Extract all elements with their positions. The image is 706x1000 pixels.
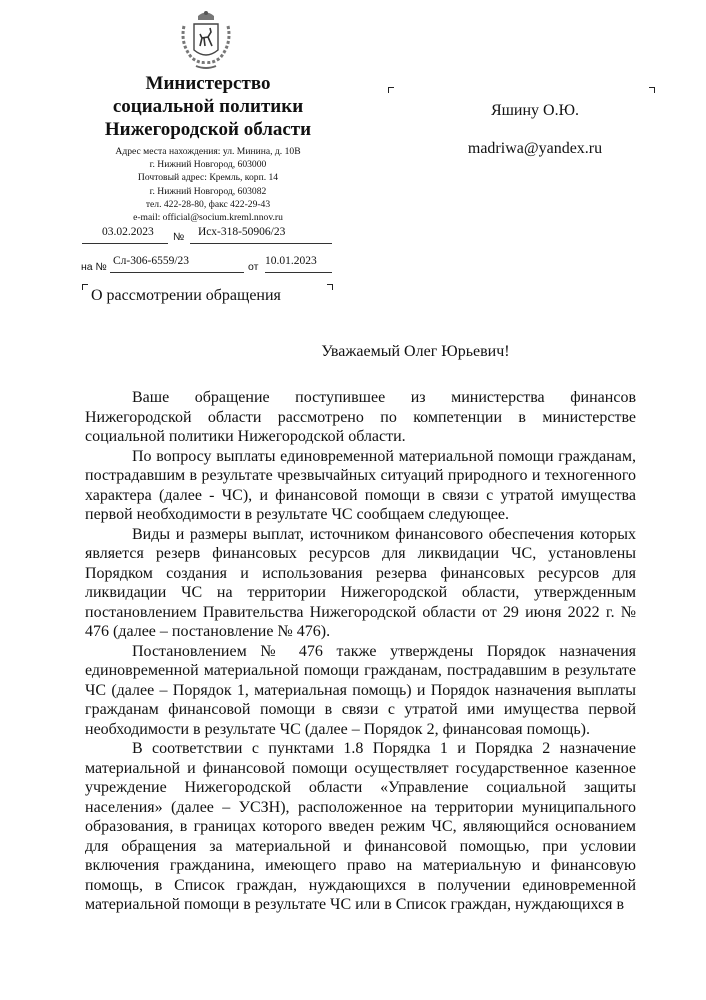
paragraph: Виды и размеры выплат, источником финанс… [85, 525, 636, 642]
subject-line: О рассмотрении обращения [91, 287, 281, 305]
letter-body: Ваше обращение поступившее из министерст… [85, 388, 636, 915]
paragraph: Ваше обращение поступившее из министерст… [85, 388, 636, 447]
paragraph: По вопросу выплаты единовременной матери… [85, 447, 636, 525]
address-line: Адрес места нахождения: ул. Минина, д. 1… [80, 145, 336, 158]
org-line: социальной политики [80, 95, 336, 118]
paragraph: Постановлением № 476 также утверждены По… [85, 642, 636, 740]
organization-address: Адрес места нахождения: ул. Минина, д. 1… [80, 145, 336, 224]
outgoing-date: 03.02.2023 [102, 226, 154, 238]
address-line: тел. 422-28-80, факс 422-29-43 [80, 198, 336, 211]
reply-date: 10.01.2023 [265, 255, 317, 267]
number-underline [190, 243, 332, 244]
reply-date-label: от [248, 261, 258, 273]
outgoing-number: Исх-318-50906/23 [198, 226, 285, 238]
reply-date-underline [265, 272, 332, 273]
recipient-name: Яшину О.Ю. [400, 92, 670, 130]
reply-number-underline [110, 272, 244, 273]
greeting: Уважаемый Олег Юрьевич! [0, 343, 706, 361]
number-label: № [173, 231, 184, 243]
address-line: г. Нижний Новгород, 603082 [80, 185, 336, 198]
reply-number-label: на № [81, 261, 107, 273]
organization-name: Министерство социальной политики Нижегор… [80, 72, 336, 141]
recipient-block: Яшину О.Ю. madriwa@yandex.ru [400, 92, 670, 168]
address-line: г. Нижний Новгород, 603000 [80, 158, 336, 171]
org-line: Министерство [80, 72, 336, 95]
subject-corner-left [82, 284, 88, 290]
reply-number: Сл-306-6559/23 [113, 255, 189, 267]
recipient-email: madriwa@yandex.ru [400, 130, 670, 168]
date-underline [82, 243, 168, 244]
recipient-corner-left [388, 87, 394, 93]
subject-corner-right [327, 284, 333, 290]
address-line: e-mail: official@socium.kreml.nnov.ru [80, 211, 336, 224]
org-line: Нижегородской области [80, 118, 336, 141]
coat-of-arms-icon [178, 10, 234, 72]
address-line: Почтовый адрес: Кремль, корп. 14 [80, 171, 336, 184]
paragraph: В соответствии с пунктами 1.8 Порядка 1 … [85, 739, 636, 915]
